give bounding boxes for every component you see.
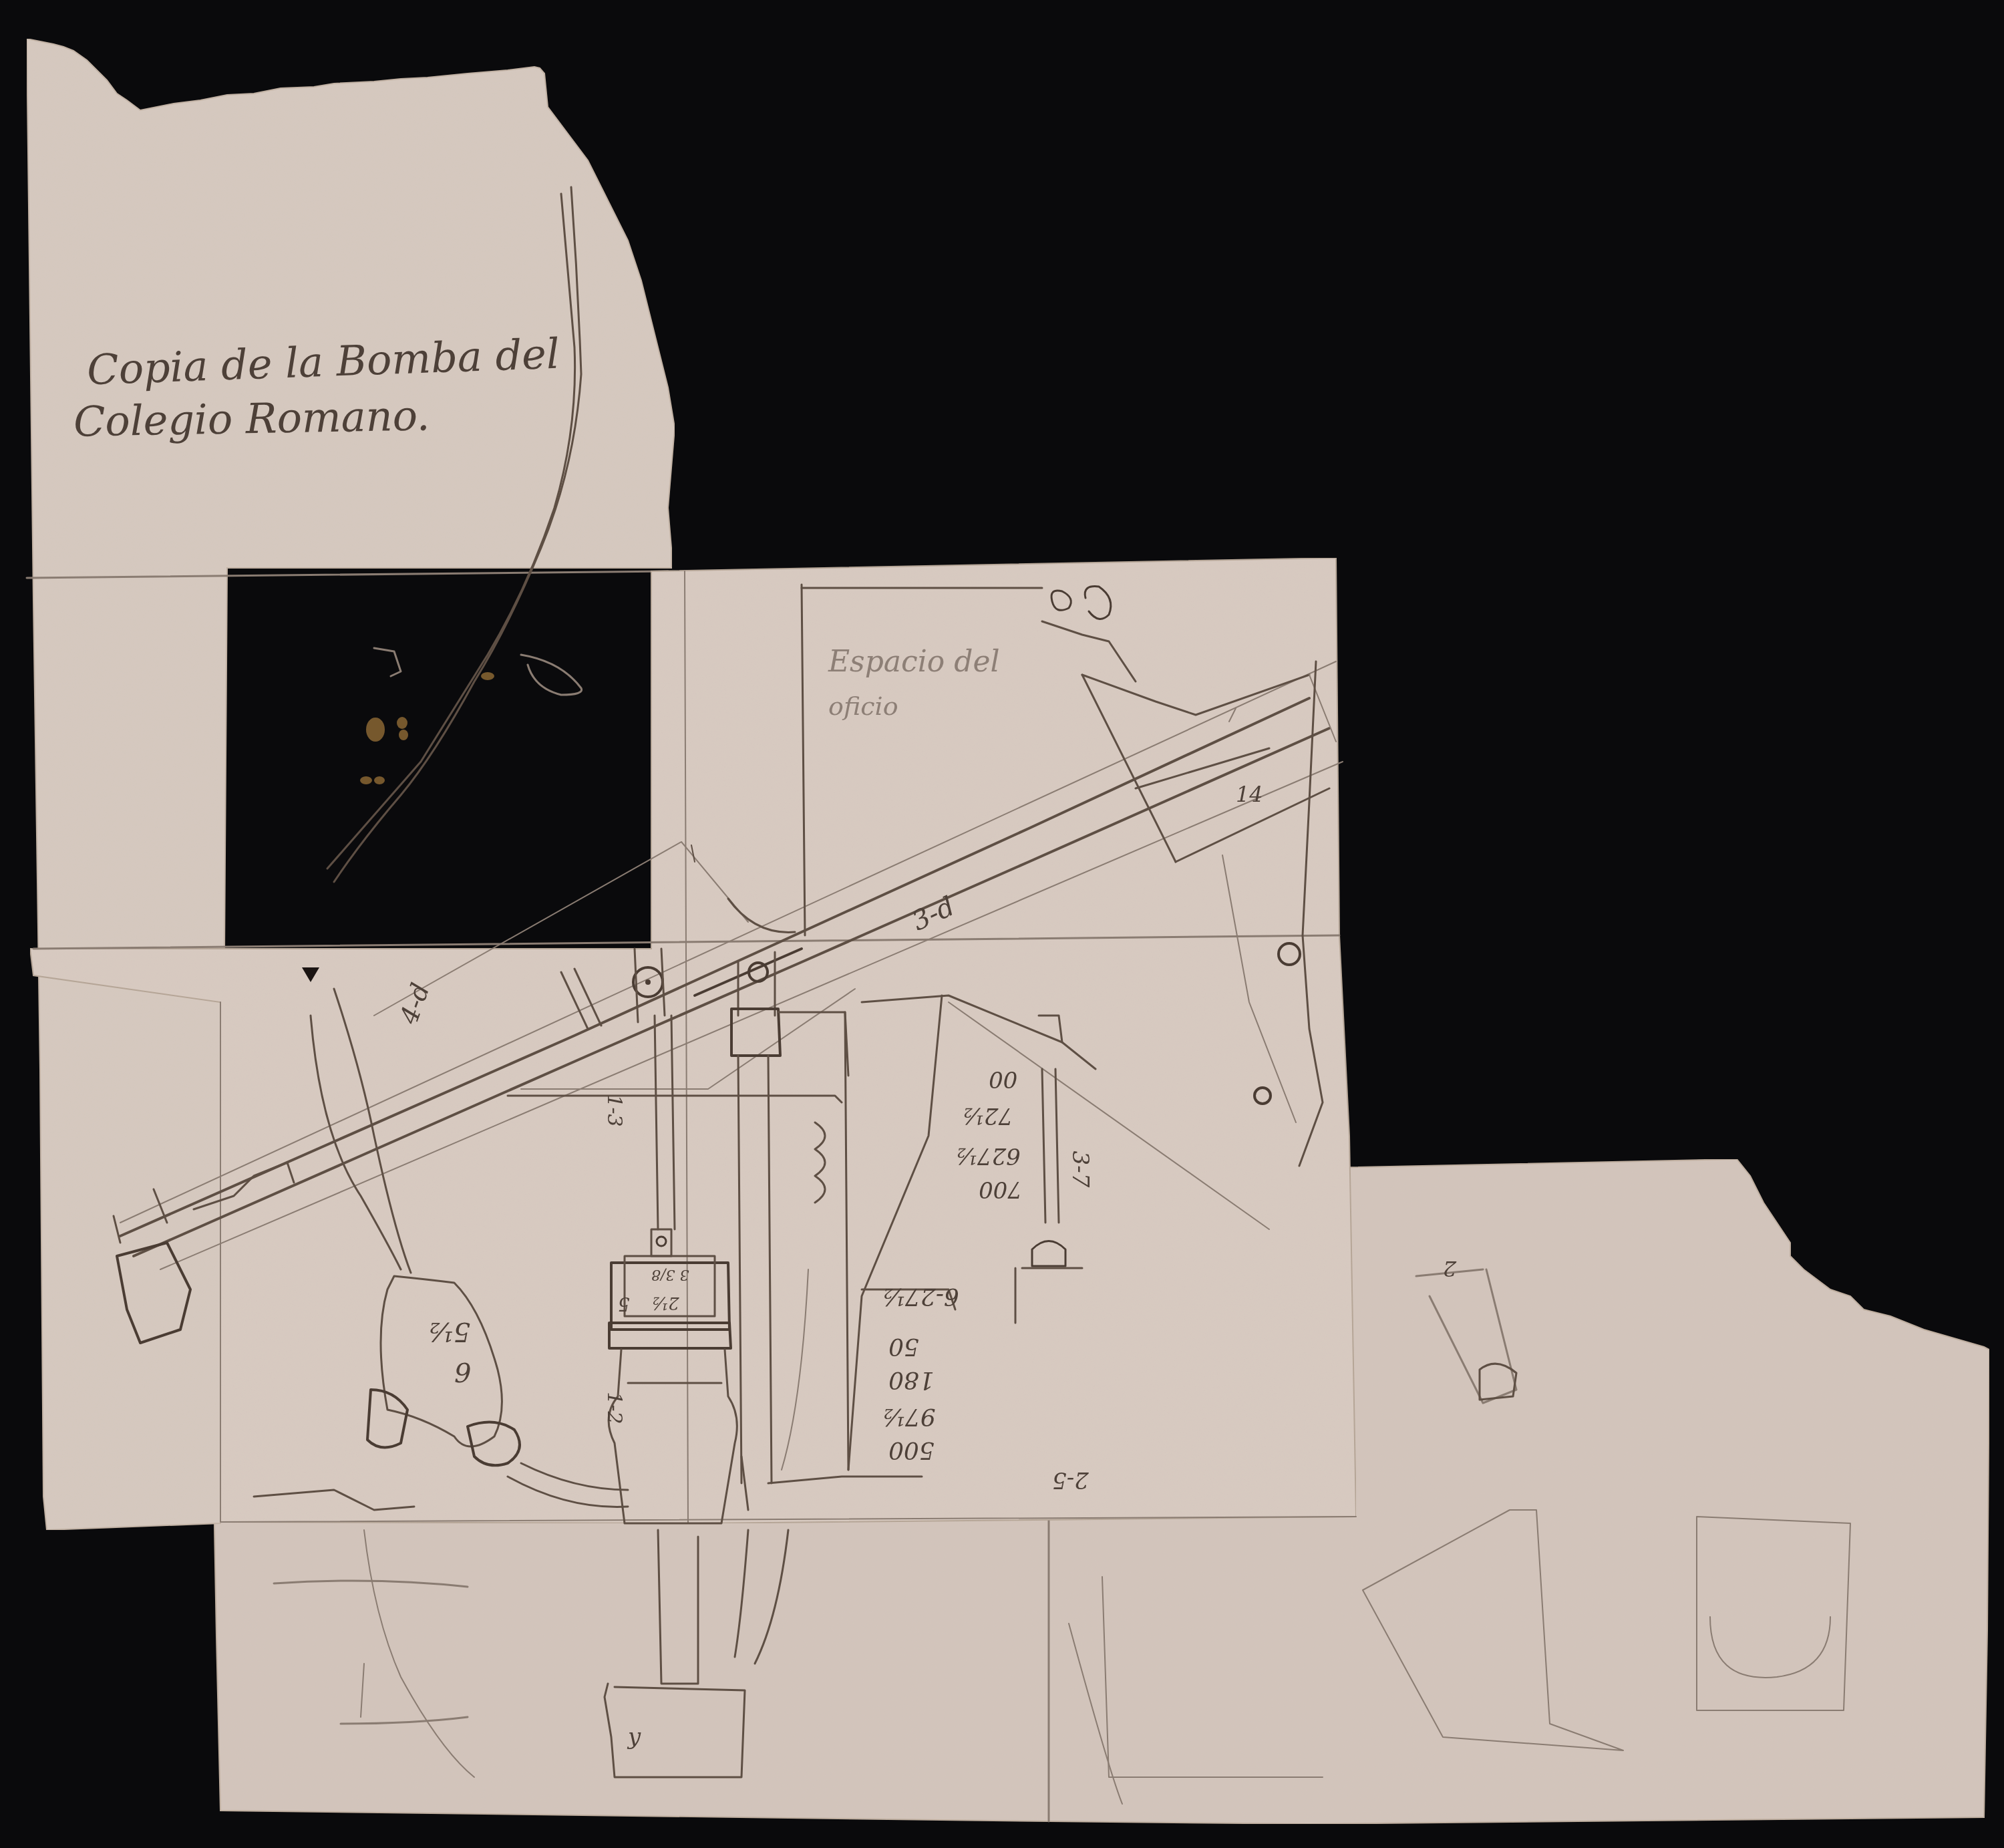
title-inscription-line2: Colegio Romano. xyxy=(73,391,430,446)
calc-lower-1: 50 xyxy=(888,1333,919,1360)
label-small-sketch: 2 xyxy=(1443,1256,1456,1281)
label-cylinder-mid: 2½ xyxy=(651,1293,679,1313)
calc-lower-2: 180 xyxy=(888,1366,935,1394)
label-rod-dim: 3-7 xyxy=(1067,1151,1094,1188)
calc-upper-1: 72½ xyxy=(962,1102,1013,1129)
label-bottom-mark: 2-5 xyxy=(1052,1467,1089,1493)
stain-outline xyxy=(521,655,582,695)
calc-lower-0: 6-27½ xyxy=(882,1283,959,1310)
label-bottom-left-y: y xyxy=(628,1724,641,1750)
label-cylinder-left: 5 xyxy=(618,1293,630,1315)
calc-upper-0: 00 xyxy=(989,1066,1017,1092)
drawing-canvas xyxy=(0,0,2004,1848)
calc-upper-2: 627½ xyxy=(955,1142,1021,1169)
stains xyxy=(360,672,494,784)
faint-inscription-line1: Espacio del xyxy=(828,645,1000,679)
calc-lower-4: 500 xyxy=(888,1436,935,1464)
calc-upper-3: 700 xyxy=(979,1176,1022,1203)
label-vertical-dim-b: 1-2 xyxy=(603,1392,626,1424)
stain-outline xyxy=(374,648,401,676)
faint-inscription-line2: oficio xyxy=(828,691,898,721)
label-vessel-b: 6 xyxy=(454,1356,471,1387)
scanned-document: Copia de la Bomba del Colegio Romano. Es… xyxy=(0,0,2004,1848)
label-vertical-dim-a: 1-3 xyxy=(603,1094,626,1126)
calc-lower-3: 97½ xyxy=(882,1403,936,1430)
label-lever-14: 14 xyxy=(1236,782,1263,807)
label-vessel-a: 5½ xyxy=(428,1316,470,1347)
label-cylinder-top: 3 3/8 xyxy=(651,1266,689,1283)
